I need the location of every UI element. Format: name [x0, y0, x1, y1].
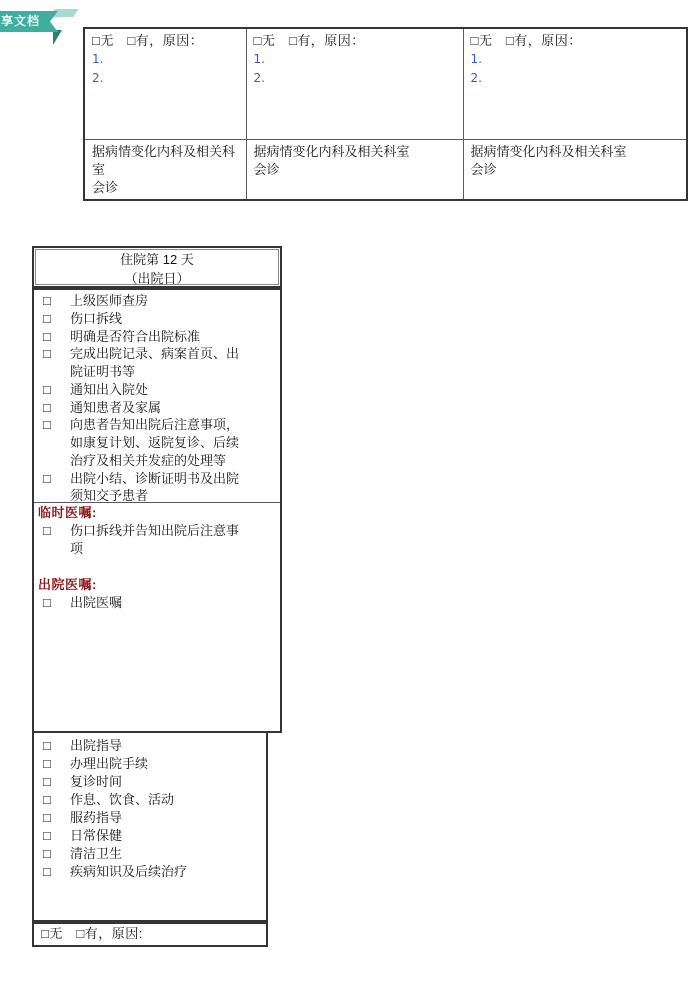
guidance-item: □疾病知识及后续治疗 [34, 863, 266, 881]
task-item: □完成出院记录、病案首页、出 [34, 345, 280, 363]
guidance-text: 出院指导 [70, 738, 122, 753]
clinical-pathway-document: 享文档 □无 □有，原因： 1. 2. □无 □有，原因： 1. 2. □无 □… [0, 0, 694, 983]
consultation-text-line2: 会诊 [254, 161, 459, 179]
task-text: 向患者告知出院后注意事项， [70, 417, 239, 432]
checkbox-icon: □ [43, 416, 51, 434]
checkbox-icon: □ [43, 345, 51, 363]
consultation-text-line1: 据病情变化内科及相关科室 [92, 143, 242, 179]
schedule-header-discharge: （出院日） [34, 269, 280, 288]
variation-options: □无 □有，原因： [471, 32, 683, 49]
guidance-item: □服药指导 [34, 809, 266, 827]
task-item-continuation: 须知交予患者 [34, 487, 280, 505]
checkbox-icon: □ [43, 328, 51, 346]
checkbox-icon: □ [43, 470, 51, 488]
checkbox-icon: □ [43, 399, 51, 417]
reason-number-1: 1. [471, 51, 683, 68]
guidance-text: 清洁卫生 [70, 846, 122, 861]
order-text: 出院医嘱 [70, 595, 122, 610]
reason-number-2: 2. [254, 70, 459, 87]
guidance-item: □作息、饮食、活动 [34, 791, 266, 809]
task-item: □明确是否符合出院标准 [34, 328, 280, 346]
consultation-cell-1: 据病情变化内科及相关科室 会诊 [84, 139, 246, 200]
checkbox-icon: □ [43, 594, 51, 612]
task-text: 出院小结、诊断证明书及出院 [70, 471, 239, 486]
task-text: 伤口拆线 [70, 311, 122, 326]
guidance-text: 疾病知识及后续治疗 [70, 864, 187, 879]
variation-cell-2: □无 □有，原因： 1. 2. [246, 28, 463, 139]
guidance-text: 服药指导 [70, 810, 122, 825]
checkbox-icon: □ [43, 827, 51, 845]
guidance-text: 作息、饮食、活动 [70, 792, 174, 807]
guidance-text: 办理出院手续 [70, 756, 148, 771]
task-text: 治疗及相关并发症的处理等 [70, 453, 226, 468]
reason-number-2: 2. [92, 70, 242, 87]
task-text: 院证明书等 [70, 364, 135, 379]
task-text: 如康复计划、返院复诊、后续 [70, 435, 239, 450]
checkbox-icon: □ [43, 522, 51, 540]
order-item: □伤口拆线并告知出院后注意事 [34, 522, 280, 540]
task-item-continuation: 如康复计划、返院复诊、后续 [34, 434, 280, 452]
schedule-main-cell: □上级医师查房 □伤口拆线 □明确是否符合出院标准 □完成出院记录、病案首页、出… [32, 288, 282, 733]
guidance-item: □清洁卫生 [34, 845, 266, 863]
checkbox-icon: □ [43, 381, 51, 399]
consultation-text-line1: 据病情变化内科及相关科室 [471, 143, 683, 161]
schedule-header: 住院第 12 天 （出院日） [32, 246, 282, 288]
consultation-cell-2: 据病情变化内科及相关科室 会诊 [246, 139, 463, 200]
order-item-continuation: 项 [34, 540, 280, 558]
orders-section: 临时医嘱: □伤口拆线并告知出院后注意事 项 出院医嘱: □出院医嘱 [34, 503, 280, 612]
task-item: □伤口拆线 [34, 310, 280, 328]
reason-number-2: 2. [471, 70, 683, 87]
task-text: 明确是否符合出院标准 [70, 329, 200, 344]
guidance-item: □办理出院手续 [34, 755, 266, 773]
discharge-orders-title: 出院医嘱: [34, 576, 280, 594]
task-text: 上级医师查房 [70, 293, 148, 308]
checkbox-icon: □ [43, 755, 51, 773]
consultation-text-line2: 会诊 [471, 161, 683, 179]
guidance-text: 日常保健 [70, 828, 122, 843]
reason-number-1: 1. [92, 51, 242, 68]
reason-number-1: 1. [254, 51, 459, 68]
task-item-continuation: 治疗及相关并发症的处理等 [34, 452, 280, 470]
order-text: 项 [70, 541, 83, 556]
guidance-cell: □出院指导 □办理出院手续 □复诊时间 □作息、饮食、活动 □服药指导 □日常保… [32, 733, 268, 922]
guidance-item: □出院指导 [34, 737, 266, 755]
task-item-continuation: 院证明书等 [34, 363, 280, 381]
task-item: □通知出入院处 [34, 381, 280, 399]
task-text: 通知患者及家属 [70, 400, 161, 415]
schedule-header-day: 住院第 12 天 [34, 250, 280, 269]
guidance-text: 复诊时间 [70, 774, 122, 789]
checkbox-icon: □ [43, 863, 51, 881]
task-item: □上级医师查房 [34, 292, 280, 310]
variation-cell-1: □无 □有，原因： 1. 2. [84, 28, 246, 139]
checkbox-icon: □ [43, 791, 51, 809]
consultation-cell-3: 据病情变化内科及相关科室 会诊 [463, 139, 687, 200]
task-item: □向患者告知出院后注意事项， [34, 416, 280, 434]
share-doc-ribbon-label: 享文档 [1, 14, 40, 28]
checkbox-icon: □ [43, 737, 51, 755]
temporary-orders-title: 临时医嘱: [34, 504, 280, 522]
consultation-text-line1: 据病情变化内科及相关科室 [254, 143, 459, 161]
variation-cell-3: □无 □有，原因： 1. 2. [463, 28, 687, 139]
checkbox-icon: □ [43, 292, 51, 310]
task-list: □上级医师查房 □伤口拆线 □明确是否符合出院标准 □完成出院记录、病案首页、出… [34, 290, 280, 503]
task-item: □通知患者及家属 [34, 399, 280, 417]
task-text: 须知交予患者 [70, 488, 148, 503]
share-doc-ribbon[interactable]: 享文档 [0, 11, 58, 32]
variation-options: □无 □有，原因： [92, 32, 242, 49]
task-text: 通知出入院处 [70, 382, 148, 397]
task-item: □出院小结、诊断证明书及出院 [34, 470, 280, 488]
variation-options: □无 □有，原因： [254, 32, 459, 49]
checkbox-icon: □ [43, 809, 51, 827]
checkbox-icon: □ [43, 773, 51, 791]
variation-consultation-table: □无 □有，原因： 1. 2. □无 □有，原因： 1. 2. □无 □有，原因… [83, 27, 688, 201]
spacer [34, 558, 280, 576]
checkbox-icon: □ [43, 845, 51, 863]
checkbox-icon: □ [43, 310, 51, 328]
task-text: 完成出院记录、病案首页、出 [70, 346, 239, 361]
guidance-item: □日常保健 [34, 827, 266, 845]
ribbon-fold-dark [53, 30, 62, 45]
consultation-text-line2: 会诊 [92, 179, 242, 197]
variation-row: □无 □有，原因: [32, 922, 268, 947]
variation-row-text: □无 □有，原因: [41, 926, 143, 941]
guidance-item: □复诊时间 [34, 773, 266, 791]
order-text: 伤口拆线并告知出院后注意事 [70, 523, 239, 538]
order-item: □出院医嘱 [34, 594, 280, 612]
